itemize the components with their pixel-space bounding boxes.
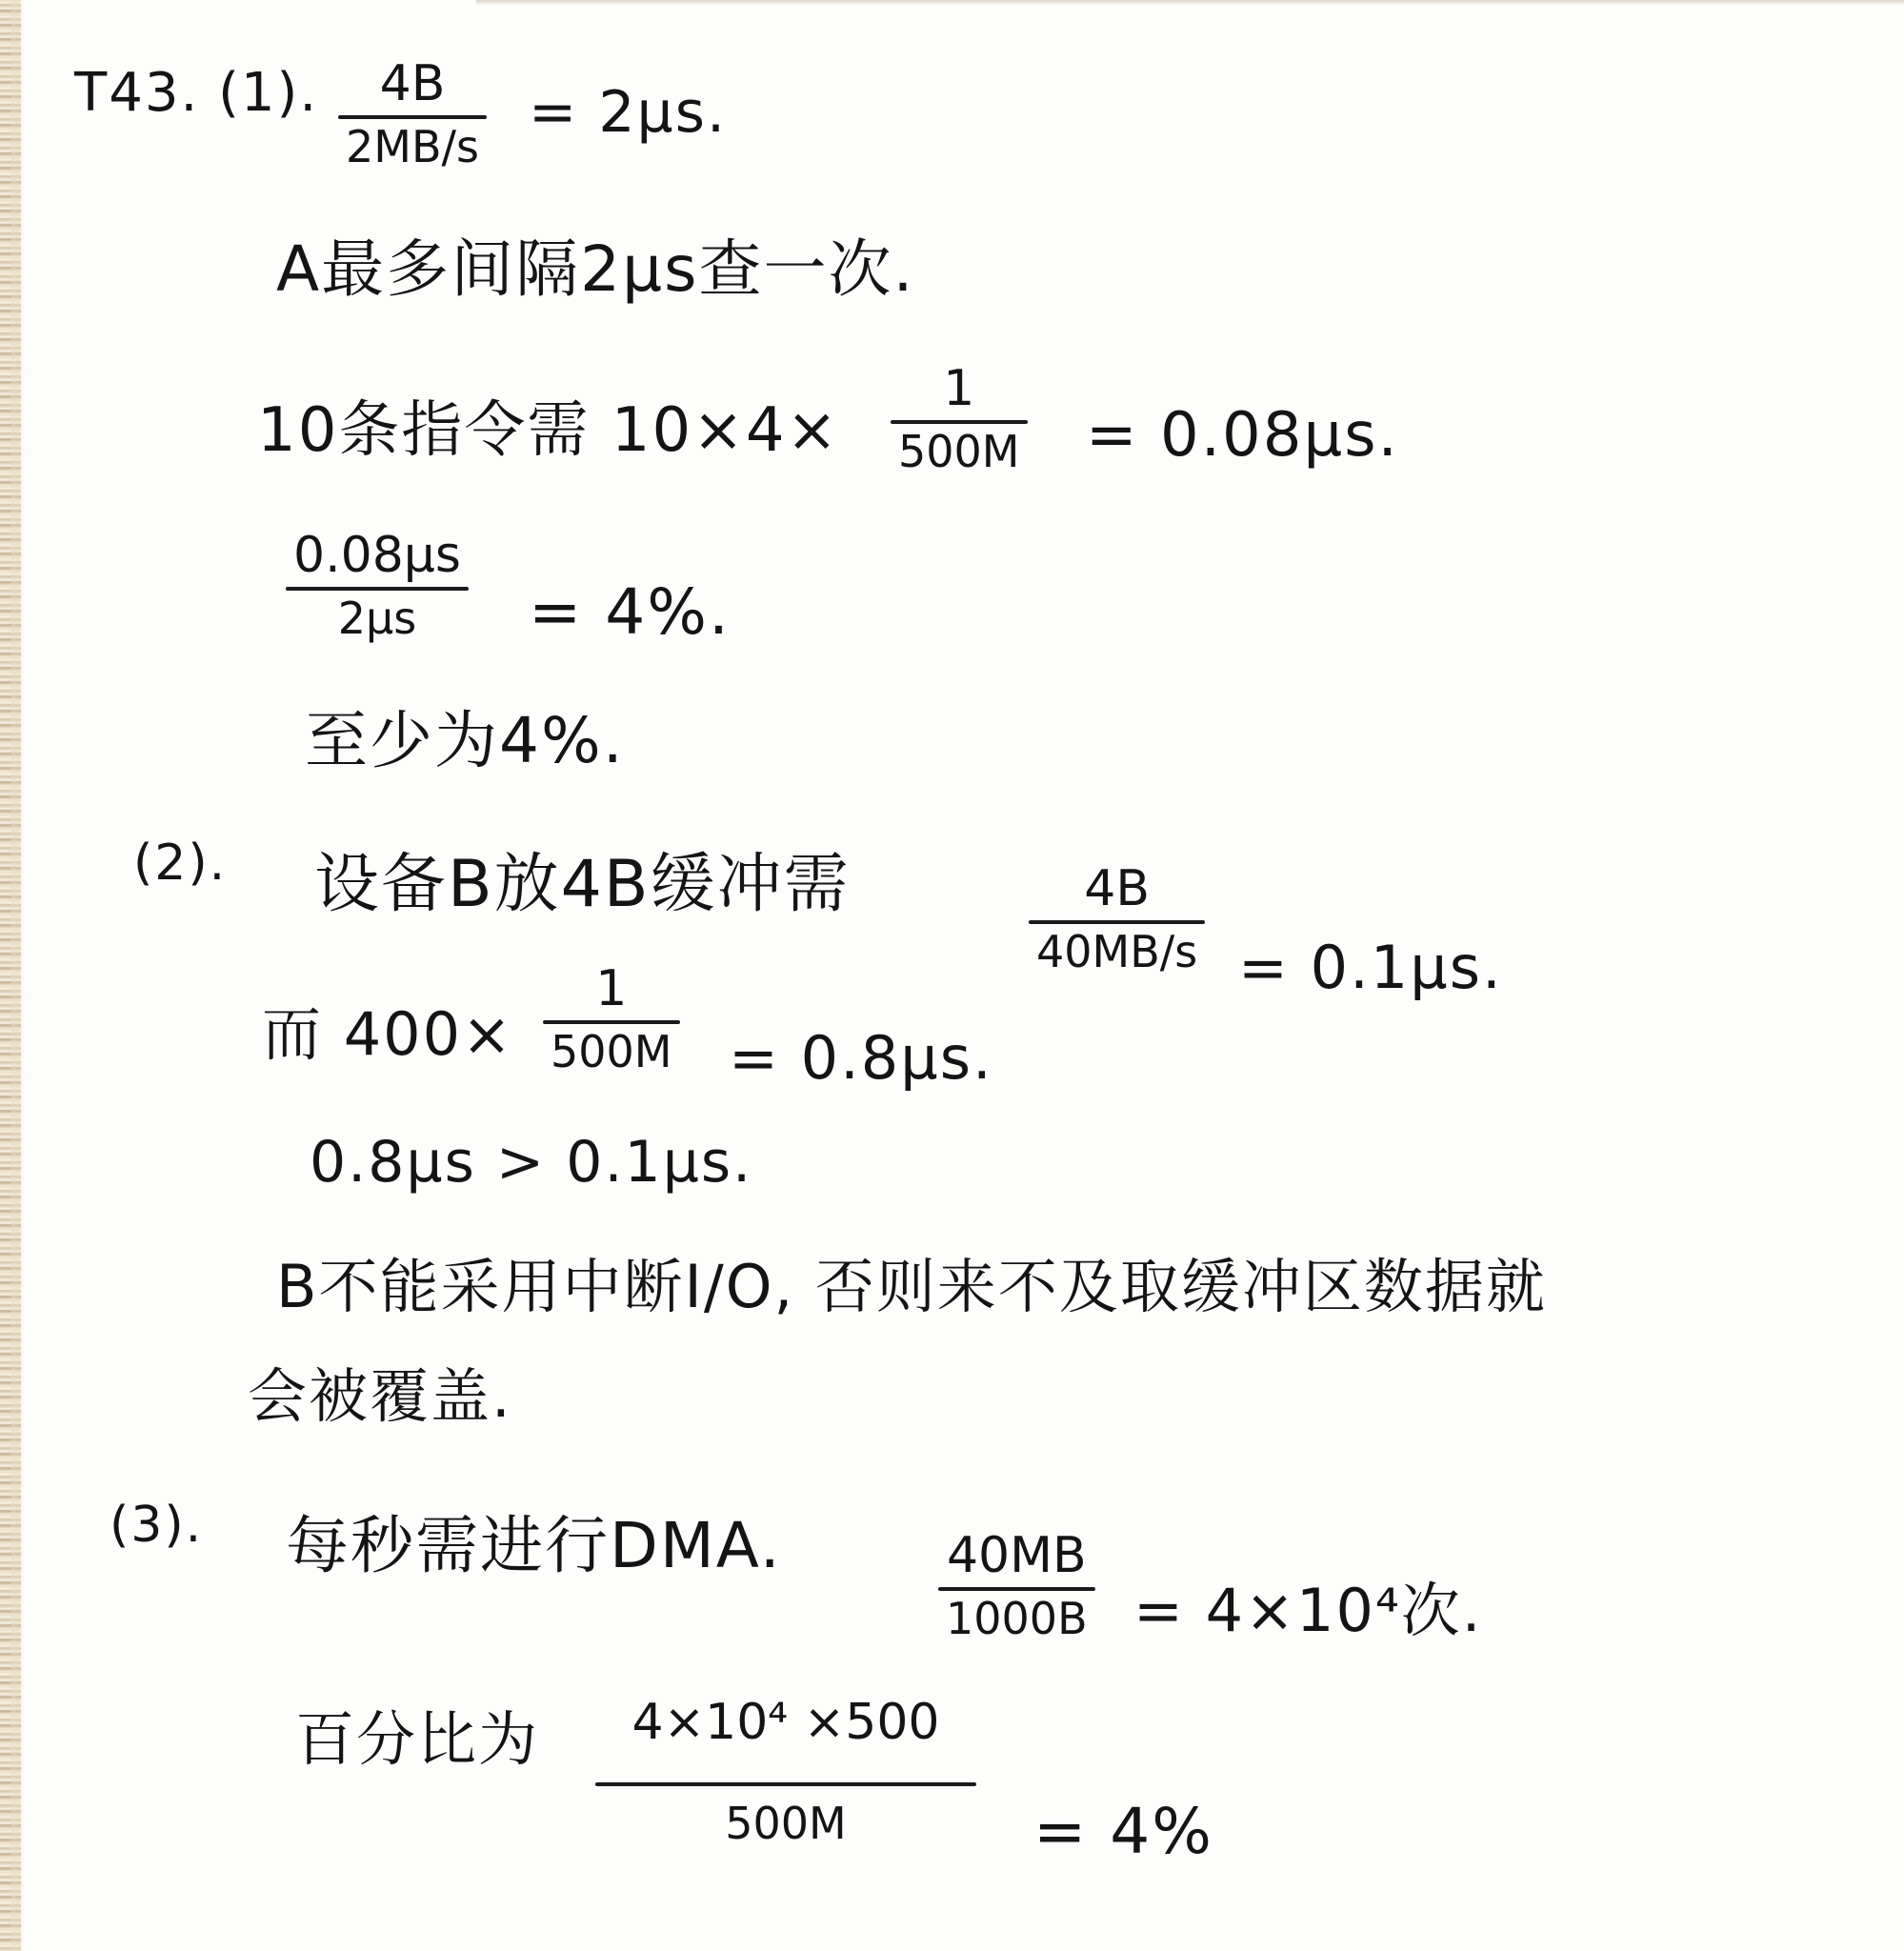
instruction-time-result: = 0.08μs.	[1086, 405, 1399, 466]
buffer-fill-result: = 0.1μs.	[1238, 938, 1503, 997]
interrupt-time-calc: 而 400×	[262, 1005, 513, 1064]
fraction-numerator: 1	[588, 962, 634, 1016]
fraction-denominator: 2MB/s	[338, 123, 487, 171]
fraction-bar	[543, 1020, 680, 1024]
fraction-40mb-over-1000b: 40MB 1000B	[938, 1529, 1095, 1643]
instruction-time-calc: 10条指令需 10×4×	[257, 400, 839, 461]
percentage-result: = 4%.	[529, 581, 731, 644]
fraction-denominator: 500M	[543, 1028, 680, 1076]
fraction-numerator: 4B	[372, 57, 453, 111]
fraction-bar	[286, 587, 469, 591]
fraction-4b-over-2mbs: 4B 2MB/s	[338, 57, 487, 171]
fraction-numerator: 4B	[1076, 862, 1157, 916]
dma-count-result: = 4×10⁴次.	[1133, 1581, 1483, 1640]
fraction-numerator: 40MB	[939, 1529, 1094, 1583]
fraction-denominator: 500M	[891, 428, 1028, 476]
fraction-bar	[595, 1782, 976, 1786]
fraction-4b-over-40mbs: 4B 40MB/s	[1029, 862, 1205, 976]
fraction-1-over-500m-b: 1 500M	[543, 962, 680, 1076]
fraction-denominator: 40MB/s	[1029, 928, 1205, 976]
percentage-label: 百分比为	[295, 1710, 539, 1769]
part2-conclusion-line1: B不能采用中断I/O, 否则来不及取缓冲区数据就	[276, 1257, 1547, 1317]
fraction-denominator: 2μs	[331, 594, 425, 643]
fraction-numerator: 0.08μs	[286, 529, 469, 583]
fraction-bar	[1029, 920, 1205, 924]
page-top-shadow	[476, 0, 1904, 6]
part2-conclusion-line2: 会被覆盖.	[248, 1367, 512, 1426]
polling-interval-statement: A最多间隔2μs查一次.	[276, 238, 915, 301]
equation-result-2us: = 2μs.	[529, 84, 727, 141]
time-comparison: 0.8μs > 0.1μs.	[310, 1134, 752, 1191]
fraction-008us-over-2us: 0.08μs 2μs	[286, 529, 469, 643]
dma-count-statement: 每秒需进行DMA.	[286, 1515, 782, 1578]
torn-paper-edge	[0, 0, 21, 1951]
fraction-bar	[891, 420, 1028, 424]
question-label-part2: (2).	[133, 838, 227, 888]
fraction-denominator: 500M	[717, 1790, 854, 1848]
fraction-bar	[938, 1587, 1095, 1591]
buffer-fill-statement: 设备B放4B缓冲需	[314, 853, 851, 917]
question-label-part1: T43. (1).	[74, 67, 318, 120]
fraction-dma-percentage: 4×10⁴ ×500 500M	[595, 1696, 976, 1848]
fraction-1-over-500m: 1 500M	[891, 362, 1028, 476]
fraction-numerator: 1	[935, 362, 982, 416]
part1-conclusion: 至少为4%.	[305, 710, 625, 773]
interrupt-time-result: = 0.8μs.	[729, 1029, 993, 1088]
question-label-part3: (3).	[110, 1500, 203, 1550]
fraction-denominator: 1000B	[938, 1595, 1095, 1643]
fraction-bar	[338, 115, 487, 119]
dma-percentage-result: = 4%	[1033, 1800, 1213, 1863]
fraction-numerator: 4×10⁴ ×500	[624, 1696, 947, 1779]
